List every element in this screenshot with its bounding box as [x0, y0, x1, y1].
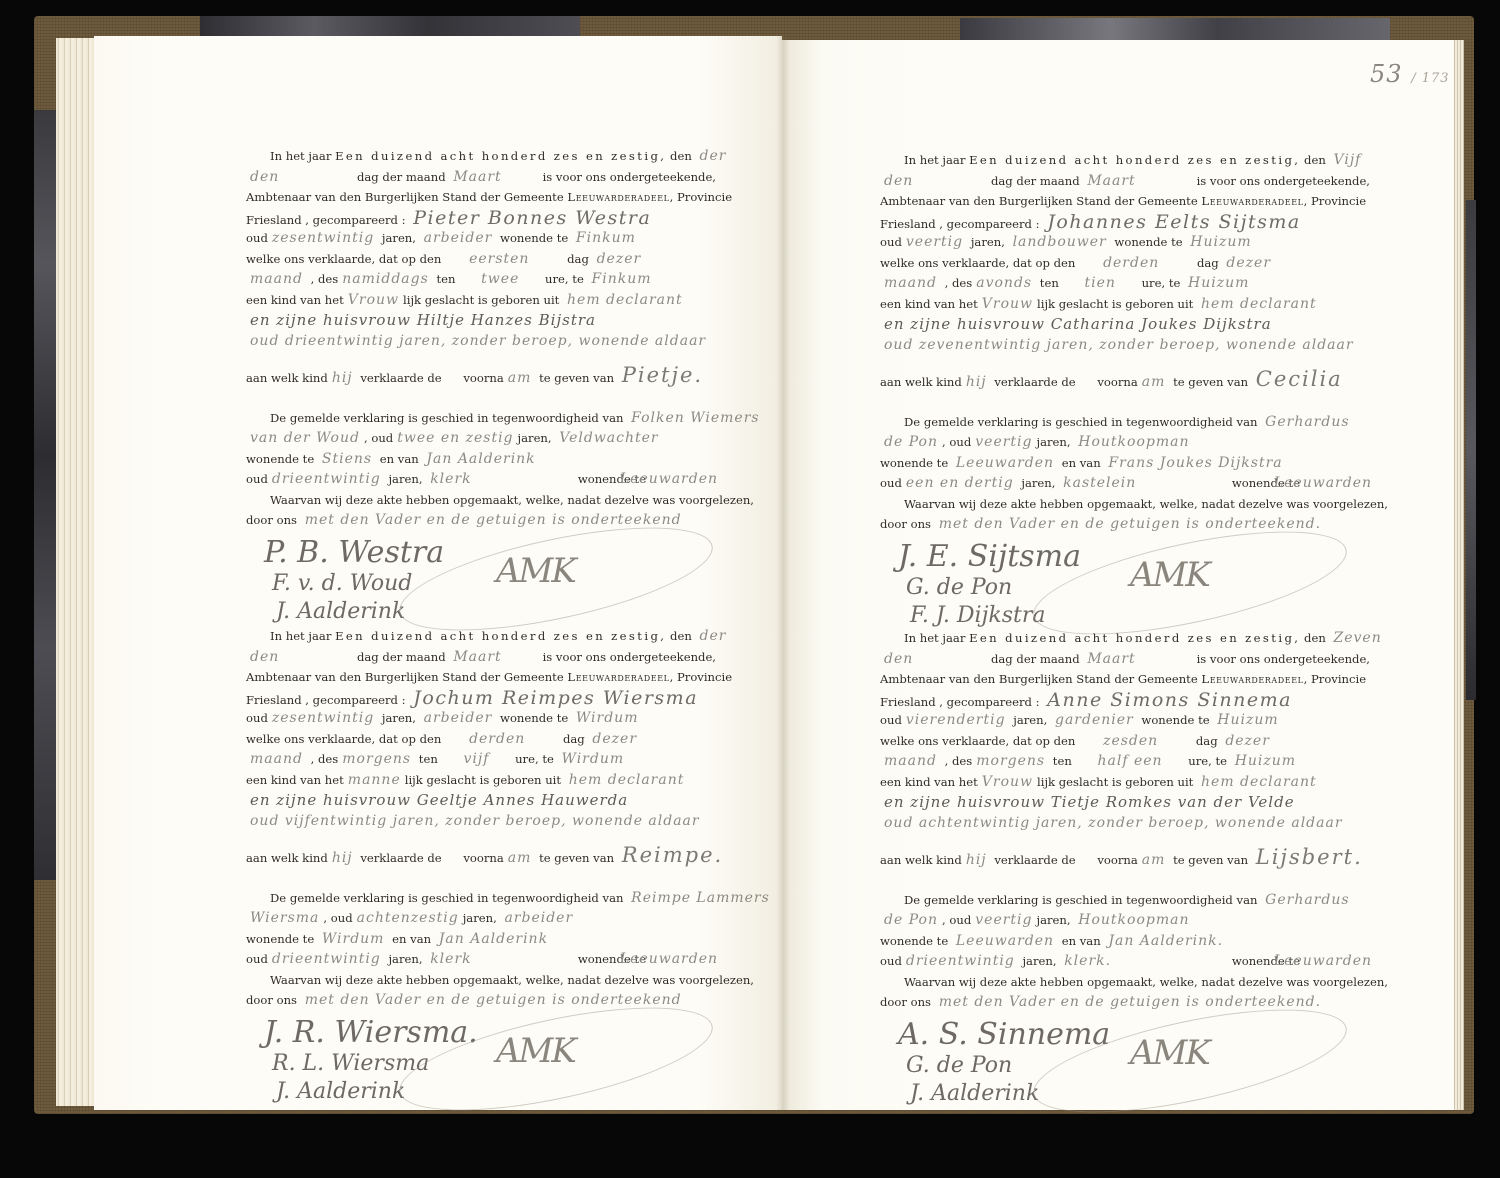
printed-text: Friesland , gecompareerd : — [246, 213, 406, 227]
handwritten-witness-2-occupation: klerk — [426, 471, 475, 487]
municipality: Leeuwarderadeel — [567, 670, 669, 684]
handwritten-witness-1-age: twee en zestig — [393, 430, 517, 446]
handwritten-child-name: Reimpe. — [618, 843, 727, 867]
handwritten-text: hij — [328, 370, 357, 386]
printed-text: aan welk kind — [246, 851, 328, 865]
handwritten-text: hij — [962, 374, 991, 390]
printed-text: , oud — [942, 435, 971, 449]
handwritten-age: zesentwintig — [268, 230, 378, 246]
printed-text: jaren, — [1021, 476, 1055, 490]
handwritten-text: dezer — [593, 251, 646, 267]
printed-text: , oud — [942, 913, 971, 927]
printed-text: Friesland , gecompareerd : — [880, 695, 1040, 709]
printed-text: oud — [246, 952, 268, 966]
handwritten-time-of-day: avonds — [972, 275, 1036, 291]
handwritten-witness-1-residence: Wirdum — [318, 931, 389, 947]
printed-text: wonende te — [500, 711, 568, 725]
handwritten-residence: Wirdum — [572, 710, 643, 726]
printed-text: dag — [1197, 256, 1219, 270]
printed-text: De gemelde verklaring is geschied in teg… — [904, 893, 1257, 907]
handwritten-mother: en zijne huisvrouw Catharina Joukes Dijk… — [880, 315, 1276, 333]
handwritten-birth-day: eersten — [465, 251, 533, 267]
handwritten-text: maand — [880, 275, 941, 291]
printed-text: voorna — [463, 851, 503, 865]
printed-text: In het jaar — [904, 631, 965, 645]
handwritten-parent: hem declarant — [563, 292, 687, 308]
handwritten-month: Maart — [449, 649, 505, 665]
handwritten-text: maand — [246, 271, 307, 287]
handwritten-hour: twee — [477, 271, 523, 287]
handwritten-day: der — [695, 628, 730, 644]
printed-text: oud — [880, 476, 902, 490]
handwritten-time-of-day: namiddags — [338, 271, 433, 287]
printed-text: Ambtenaar van den Burgerlijken Stand der… — [246, 670, 564, 684]
printed-text: wonende te — [1114, 235, 1182, 249]
signature-block: J. R. Wiersma. R. L. Wiersma J. Aalderin… — [246, 1011, 716, 1107]
printed-text: lijk geslacht is geboren uit — [403, 293, 559, 307]
printed-text: een kind van het — [880, 297, 978, 311]
printed-text: jaren, — [1022, 954, 1056, 968]
handwritten-witness-2-age: drieentwintig — [268, 951, 385, 967]
printed-text: oud — [880, 713, 902, 727]
printed-text: aan welk kind — [246, 371, 328, 385]
printed-text: is voor ons ondergeteekende, — [543, 167, 716, 188]
printed-text: Waarvan wij deze akte hebben opgemaakt, … — [904, 497, 1388, 511]
handwritten-witness-1-cont: van der Woud — [246, 430, 364, 446]
marbled-board — [960, 18, 1390, 40]
printed-text: wonende te — [246, 452, 314, 466]
printed-text: wonende te — [1141, 713, 1209, 727]
printed-text: den — [670, 629, 692, 643]
handwritten-birth-day: derden — [1099, 255, 1163, 271]
signature-witness-2: J. Aalderink — [276, 599, 405, 624]
handwritten-signed-clause: met den Vader en de getuigen is ondertee… — [935, 516, 1325, 532]
printed-text: dag der maand — [991, 652, 1080, 666]
printed-text: oud — [880, 954, 902, 968]
printed-text: dag — [563, 732, 585, 746]
printed-text: Friesland , gecompareerd : — [880, 217, 1040, 231]
printed-text: De gemelde verklaring is geschied in teg… — [270, 411, 623, 425]
handwritten-time-of-day: morgens — [338, 751, 415, 767]
signature-registrar: AMK — [496, 551, 575, 591]
birth-certificate: In het jaar Een duizend acht honderd zes… — [246, 626, 716, 1107]
printed-text: ure, te — [1142, 276, 1181, 290]
handwritten-witness-1-age: veertig — [971, 912, 1036, 928]
handwritten-day-cont: den — [880, 173, 917, 189]
handwritten-day: Zeven — [1329, 630, 1385, 646]
printed-year: Een duizend acht honderd zes en zestig, — [969, 631, 1300, 645]
handwritten-parent: hem declarant — [1197, 296, 1321, 312]
handwritten-witness-1-residence: Leeuwarden — [952, 933, 1058, 949]
handwritten-declarant: Jochum Reimpes Wiersma — [409, 687, 702, 709]
handwritten-occupation: gardenier — [1051, 712, 1138, 728]
printed-text: In het jaar — [904, 153, 965, 167]
printed-text: welke ons verklaarde, dat op den — [246, 252, 441, 266]
handwritten-text: dezer — [588, 731, 641, 747]
printed-text: verklaarde de — [360, 371, 441, 385]
printed-text: Waarvan wij deze akte hebben opgemaakt, … — [904, 975, 1388, 989]
signature-witness-1: G. de Pon — [906, 1053, 1012, 1078]
handwritten-witness-1: Folken Wiemers — [627, 410, 763, 426]
signature-block: A. S. Sinnema G. de Pon J. Aalderink AMK — [880, 1013, 1370, 1109]
handwritten-birth-place: Finkum — [588, 271, 656, 287]
marbled-board — [1466, 200, 1476, 700]
handwritten-declarant: Pieter Bonnes Westra — [409, 207, 655, 229]
printed-text: Ambtenaar van den Burgerlijken Stand der… — [246, 190, 564, 204]
handwritten-witness-1-cont: de Pon — [880, 434, 942, 450]
handwritten-text: am — [504, 370, 536, 386]
municipality: Leeuwarderadeel — [1201, 194, 1303, 208]
handwritten-day-cont: den — [880, 651, 917, 667]
printed-text: Waarvan wij deze akte hebben opgemaakt, … — [270, 973, 754, 987]
handwritten-occupation: landbouwer — [1009, 234, 1111, 250]
handwritten-mother-details: oud achtentwintig jaren, zonder beroep, … — [880, 815, 1347, 831]
printed-text: verklaarde de — [994, 853, 1075, 867]
printed-text: oud — [246, 711, 268, 725]
handwritten-witness-2: Jan Aalderink — [422, 451, 539, 467]
printed-text: dag der maand — [357, 650, 446, 664]
printed-text: , Provincie — [670, 190, 732, 204]
handwritten-mother-details: oud drieentwintig jaren, zonder beroep, … — [246, 333, 710, 349]
printed-text: ure, te — [1188, 754, 1227, 768]
handwritten-text: am — [504, 850, 536, 866]
marbled-board — [200, 16, 580, 38]
handwritten-month: Maart — [449, 169, 505, 185]
printed-text: oud — [246, 231, 268, 245]
handwritten-occupation: arbeider — [420, 230, 497, 246]
handwritten-month: Maart — [1083, 651, 1139, 667]
handwritten-age: veertig — [902, 234, 967, 250]
handwritten-parent: hem declarant — [1197, 774, 1321, 790]
signature-witness-2: F. J. Dijkstra — [910, 603, 1046, 628]
printed-text: Friesland , gecompareerd : — [246, 693, 406, 707]
printed-text: lijk geslacht is geboren uit — [1037, 297, 1193, 311]
printed-text: voorna — [1097, 853, 1137, 867]
handwritten-witness-2-age: drieentwintig — [902, 953, 1019, 969]
printed-text: den — [1304, 631, 1326, 645]
handwritten-witness-2: Jan Aalderink — [435, 931, 552, 947]
printed-text: jaren, — [971, 235, 1005, 249]
handwritten-witness-2-residence: Leeuwarden — [616, 469, 722, 490]
printed-text: voorna — [463, 371, 503, 385]
handwritten-hour: half een — [1093, 753, 1166, 769]
printed-text: welke ons verklaarde, dat op den — [880, 256, 1075, 270]
printed-text: wonende te — [880, 934, 948, 948]
handwritten-sex: Vrouw — [978, 774, 1037, 790]
printed-text: aan welk kind — [880, 853, 962, 867]
page-edges-left — [56, 38, 96, 1106]
handwritten-residence: Huizum — [1186, 234, 1255, 250]
printed-text: wonende te — [246, 932, 314, 946]
printed-text: verklaarde de — [994, 375, 1075, 389]
handwritten-witness-1-age: achtenzestig — [353, 910, 463, 926]
signature-witness-1: F. v. d. Woud — [272, 571, 412, 596]
printed-text: een kind van het — [880, 775, 978, 789]
handwritten-mother: en zijne huisvrouw Hiltje Hanzes Bijstra — [246, 311, 600, 329]
signature-witness-2: J. Aalderink — [276, 1079, 405, 1104]
handwritten-child-name: Lijsbert. — [1252, 845, 1367, 869]
handwritten-signed-clause: met den Vader en de getuigen is ondertee… — [935, 994, 1325, 1010]
signature-father: J. R. Wiersma. — [264, 1015, 478, 1050]
handwritten-signed-clause: met den Vader en de getuigen is ondertee… — [301, 512, 686, 528]
printed-text: door ons — [246, 993, 297, 1007]
signature-block: P. B. Westra F. v. d. Woud J. Aalderink … — [246, 531, 716, 627]
printed-text: is voor ons ondergeteekende, — [1197, 649, 1370, 670]
printed-text: en van — [380, 452, 419, 466]
handwritten-witness-1: Gerhardus — [1261, 892, 1353, 908]
signature-block: J. E. Sijtsma G. de Pon F. J. Dijkstra A… — [880, 535, 1370, 631]
printed-text: ure, te — [545, 272, 584, 286]
handwritten-parent: hem declarant — [565, 772, 689, 788]
handwritten-witness-1: Reimpe Lammers — [627, 890, 774, 906]
handwritten-text: dezer — [1221, 733, 1274, 749]
printed-text: De gemelde verklaring is geschied in teg… — [904, 415, 1257, 429]
signature-registrar: AMK — [1130, 1033, 1209, 1073]
birth-certificate: In het jaar Een duizend acht honderd zes… — [246, 146, 716, 627]
printed-text: , des — [945, 276, 973, 290]
printed-text: welke ons verklaarde, dat op den — [246, 732, 441, 746]
printed-text: Ambtenaar van den Burgerlijken Stand der… — [880, 194, 1198, 208]
printed-text: welke ons verklaarde, dat op den — [880, 734, 1075, 748]
printed-text: dag der maand — [357, 170, 446, 184]
birth-certificate: In het jaar Een duizend acht honderd zes… — [880, 628, 1370, 1109]
handwritten-text: am — [1138, 852, 1170, 868]
printed-text: dag — [567, 252, 589, 266]
handwritten-occupation: arbeider — [420, 710, 497, 726]
signature-witness-1: G. de Pon — [906, 575, 1012, 600]
handwritten-mother: en zijne huisvrouw Geeltje Annes Hauwerd… — [246, 791, 632, 809]
printed-text: Ambtenaar van den Burgerlijken Stand der… — [880, 672, 1198, 686]
printed-text: is voor ons ondergeteekende, — [543, 647, 716, 668]
birth-certificate: In het jaar Een duizend acht honderd zes… — [880, 150, 1370, 631]
printed-text: , oud — [323, 911, 352, 925]
handwritten-sex: manne — [344, 772, 405, 788]
handwritten-birth-day: zesden — [1099, 733, 1162, 749]
handwritten-text: am — [1138, 374, 1170, 390]
printed-text: door ons — [880, 995, 931, 1009]
handwritten-witness-2-occupation: klerk. — [1060, 953, 1115, 969]
marbled-board — [34, 110, 56, 880]
handwritten-witness-1-residence: Leeuwarden — [952, 455, 1058, 471]
printed-year: Een duizend acht honderd zes en zestig, — [335, 629, 666, 643]
handwritten-witness-2-occupation: kastelein — [1059, 475, 1140, 491]
handwritten-birth-place: Huizum — [1184, 275, 1253, 291]
municipality: Leeuwarderadeel — [567, 190, 669, 204]
page-number: 53 / 173 — [1370, 60, 1450, 88]
printed-text: In het jaar — [270, 629, 331, 643]
handwritten-witness-2-age: drieentwintig — [268, 471, 385, 487]
printed-text: jaren, — [382, 231, 416, 245]
handwritten-witness-1-occupation: Veldwachter — [555, 430, 662, 446]
handwritten-birth-place: Huizum — [1231, 753, 1300, 769]
printed-text: , Provincie — [1304, 194, 1366, 208]
handwritten-declarant: Anne Simons Sinnema — [1043, 689, 1296, 711]
handwritten-time-of-day: morgens — [972, 753, 1049, 769]
printed-text: De gemelde verklaring is geschied in teg… — [270, 891, 623, 905]
book-gutter — [776, 36, 790, 1110]
printed-text: verklaarde de — [360, 851, 441, 865]
handwritten-day: Vijf — [1329, 152, 1365, 168]
printed-text: , Provincie — [670, 670, 732, 684]
handwritten-sex: Vrouw — [344, 292, 403, 308]
printed-text: jaren, — [518, 431, 552, 445]
handwritten-witness-2-residence: Leeuwarden — [616, 949, 722, 970]
printed-text: en van — [392, 932, 431, 946]
handwritten-witness-1-occupation: Houtkoopman — [1074, 912, 1193, 928]
handwritten-signed-clause: met den Vader en de getuigen is ondertee… — [301, 992, 686, 1008]
printed-text: te geven van — [539, 371, 614, 385]
printed-text: den — [670, 149, 692, 163]
handwritten-day-cont: den — [246, 649, 283, 665]
signature-father: J. E. Sijtsma — [898, 539, 1081, 574]
printed-text: dag — [1196, 734, 1218, 748]
printed-text: een kind van het — [246, 293, 344, 307]
handwritten-text: maand — [246, 751, 307, 767]
handwritten-witness-2-residence: Leeuwarden — [1270, 473, 1376, 494]
handwritten-age: vierendertig — [902, 712, 1010, 728]
handwritten-witness-2: Jan Aalderink. — [1104, 933, 1227, 949]
printed-year: Een duizend acht honderd zes en zestig, — [335, 149, 666, 163]
signature-witness-2: J. Aalderink — [910, 1081, 1039, 1106]
handwritten-residence: Huizum — [1213, 712, 1282, 728]
printed-text: Waarvan wij deze akte hebben opgemaakt, … — [270, 493, 754, 507]
printed-text: wonende te — [880, 456, 948, 470]
handwritten-sex: Vrouw — [978, 296, 1037, 312]
printed-text: oud — [880, 235, 902, 249]
handwritten-text: hij — [962, 852, 991, 868]
printed-text: , oud — [364, 431, 393, 445]
handwritten-text: hij — [328, 850, 357, 866]
signature-witness-1: R. L. Wiersma — [272, 1051, 429, 1076]
handwritten-mother-details: oud vijfentwintig jaren, zonder beroep, … — [246, 813, 704, 829]
printed-text: , des — [311, 272, 339, 286]
handwritten-witness-1-occupation: Houtkoopman — [1074, 434, 1193, 450]
printed-text: jaren, — [388, 472, 422, 486]
handwritten-witness-1-age: veertig — [971, 434, 1036, 450]
printed-text: een kind van het — [246, 773, 344, 787]
handwritten-witness-2: Frans Joukes Dijkstra — [1104, 455, 1286, 471]
printed-text: jaren, — [382, 711, 416, 725]
handwritten-mother: en zijne huisvrouw Tietje Romkes van der… — [880, 793, 1299, 811]
handwritten-witness-2-residence: Leeuwarden — [1270, 951, 1376, 972]
handwritten-birth-day: derden — [465, 731, 529, 747]
page-number-suffix: / 173 — [1411, 71, 1449, 86]
handwritten-declarant: Johannes Eelts Sijtsma — [1043, 211, 1304, 233]
printed-text: , des — [311, 752, 339, 766]
page-number-value: 53 — [1370, 60, 1403, 88]
printed-text: ten — [419, 752, 438, 766]
printed-text: ten — [436, 272, 455, 286]
handwritten-hour: vijf — [459, 751, 493, 767]
handwritten-witness-1-occupation: arbeider — [500, 910, 577, 926]
handwritten-day-cont: den — [246, 169, 283, 185]
printed-text: is voor ons ondergeteekende, — [1197, 171, 1370, 192]
handwritten-witness-1-residence: Stiens — [318, 451, 376, 467]
printed-text: lijk geslacht is geboren uit — [1037, 775, 1193, 789]
handwritten-witness-1-cont: Wiersma — [246, 910, 323, 926]
printed-text: te geven van — [1173, 375, 1248, 389]
handwritten-witness-2-age: een en dertig — [902, 475, 1018, 491]
printed-text: ure, te — [515, 752, 554, 766]
printed-text: te geven van — [1173, 853, 1248, 867]
handwritten-text: maand — [880, 753, 941, 769]
printed-text: den — [1304, 153, 1326, 167]
handwritten-age: zesentwintig — [268, 710, 378, 726]
printed-year: Een duizend acht honderd zes en zestig, — [969, 153, 1300, 167]
printed-text: In het jaar — [270, 149, 331, 163]
printed-text: door ons — [880, 517, 931, 531]
printed-text: aan welk kind — [880, 375, 962, 389]
handwritten-child-name: Pietje. — [618, 363, 707, 387]
printed-text: te geven van — [539, 851, 614, 865]
handwritten-hour: tien — [1080, 275, 1119, 291]
printed-text: jaren, — [1037, 913, 1071, 927]
signature-father: P. B. Westra — [264, 535, 444, 570]
handwritten-day: der — [695, 148, 730, 164]
printed-text: , des — [945, 754, 973, 768]
printed-text: voorna — [1097, 375, 1137, 389]
handwritten-mother-details: oud zevenentwintig jaren, zonder beroep,… — [880, 337, 1358, 353]
handwritten-residence: Finkum — [572, 230, 640, 246]
printed-text: jaren, — [463, 911, 497, 925]
signature-registrar: AMK — [1130, 555, 1209, 595]
handwritten-witness-1: Gerhardus — [1261, 414, 1353, 430]
printed-text: jaren, — [1013, 713, 1047, 727]
municipality: Leeuwarderadeel — [1201, 672, 1303, 686]
printed-text: wonende te — [500, 231, 568, 245]
printed-text: ten — [1040, 276, 1059, 290]
handwritten-month: Maart — [1083, 173, 1139, 189]
handwritten-witness-2-occupation: klerk — [426, 951, 475, 967]
printed-text: jaren, — [388, 952, 422, 966]
printed-text: dag der maand — [991, 174, 1080, 188]
printed-text: door ons — [246, 513, 297, 527]
handwritten-child-name: Cecilia — [1252, 367, 1347, 391]
handwritten-witness-1-cont: de Pon — [880, 912, 942, 928]
printed-text: , Provincie — [1304, 672, 1366, 686]
handwritten-birth-place: Wirdum — [558, 751, 629, 767]
signature-registrar: AMK — [496, 1031, 575, 1071]
printed-text: ten — [1053, 754, 1072, 768]
signature-father: A. S. Sinnema — [898, 1017, 1110, 1052]
printed-text: oud — [246, 472, 268, 486]
handwritten-text: dezer — [1222, 255, 1275, 271]
printed-text: en van — [1062, 456, 1101, 470]
printed-text: en van — [1062, 934, 1101, 948]
printed-text: jaren, — [1037, 435, 1071, 449]
printed-text: lijk geslacht is geboren uit — [405, 773, 561, 787]
